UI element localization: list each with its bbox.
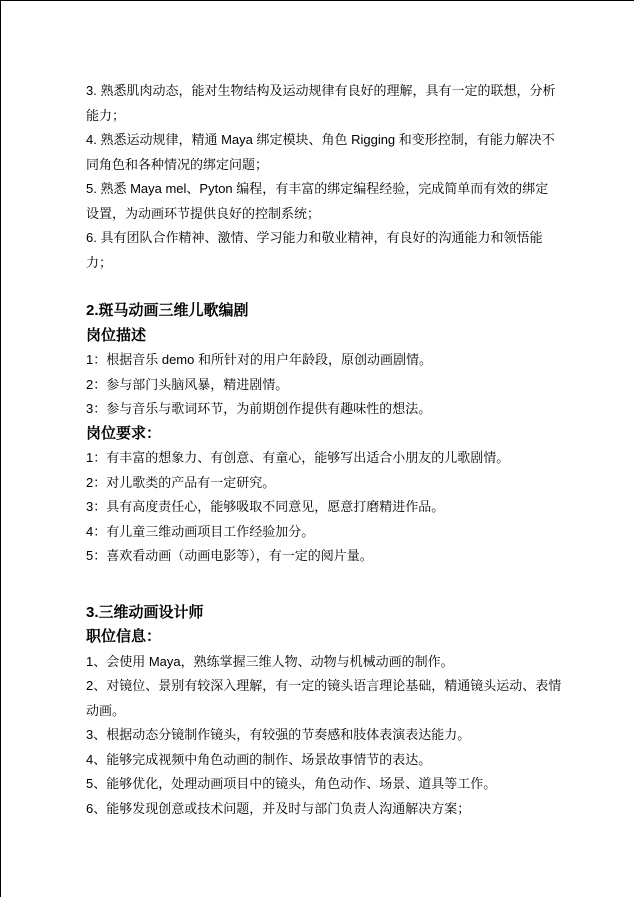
paragraph: 3：参与音乐与歌词环节，为前期创作提供有趣味性的想法。 [86, 397, 634, 422]
document-page: 3. 熟悉肌肉动态，能对生物结构及运动规律有良好的理解，具有一定的联想，分析 能… [0, 0, 634, 897]
paragraph: 1、会使用 Maya，熟练掌握三维人物、动物与机械动画的制作。 [86, 650, 634, 675]
document-content: 3. 熟悉肌肉动态，能对生物结构及运动规律有良好的理解，具有一定的联想，分析 能… [1, 1, 634, 821]
section-heading: 2.斑马动画三维儿歌编剧 [86, 299, 634, 324]
section-heading: 3.三维动画设计师 [86, 601, 634, 626]
paragraph: 3：具有高度责任心，能够吸取不同意见，愿意打磨精进作品。 [86, 495, 634, 520]
section-subheading: 岗位描述 [86, 324, 634, 349]
section-subheading: 岗位要求： [86, 422, 634, 447]
paragraph: 4. 熟悉运动规律，精通 Maya 绑定模块、角色 Rigging 和变形控制，… [86, 128, 634, 177]
paragraph: 4：有儿童三维动画项目工作经验加分。 [86, 520, 634, 545]
paragraph: 1：根据音乐 demo 和所针对的用户年龄段，原创动画剧情。 [86, 348, 634, 373]
paragraph: 5、能够优化，处理动画项目中的镜头，角色动作、场景、道具等工作。 [86, 772, 634, 797]
paragraph: 4、能够完成视频中角色动画的制作、场景故事情节的表达。 [86, 748, 634, 773]
paragraph: 2：对儿歌类的产品有一定研究。 [86, 471, 634, 496]
paragraph: 6、能够发现创意或技术问题，并及时与部门负责人沟通解决方案； [86, 797, 634, 822]
paragraph: 2：参与部门头脑风暴，精进剧情。 [86, 373, 634, 398]
paragraph: 2、对镜位、景别有较深入理解，有一定的镜头语言理论基础，精通镜头运动、表情 动画… [86, 674, 634, 723]
paragraph: 3. 熟悉肌肉动态，能对生物结构及运动规律有良好的理解，具有一定的联想，分析 能… [86, 79, 634, 128]
paragraph: 3、根据动态分镜制作镜头，有较强的节奏感和肢体表演表达能力。 [86, 723, 634, 748]
paragraph: 6. 具有团队合作精神、激情、学习能力和敬业精神，有良好的沟通能力和领悟能 力； [86, 226, 634, 275]
paragraph: 1：有丰富的想象力、有创意、有童心，能够写出适合小朋友的儿歌剧情。 [86, 446, 634, 471]
paragraph: 5. 熟悉 Maya mel、Pyton 编程，有丰富的绑定编程经验，完成简单而… [86, 177, 634, 226]
section-subheading: 职位信息： [86, 625, 634, 650]
paragraph: 5：喜欢看动画（动画电影等），有一定的阅片量。 [86, 544, 634, 569]
